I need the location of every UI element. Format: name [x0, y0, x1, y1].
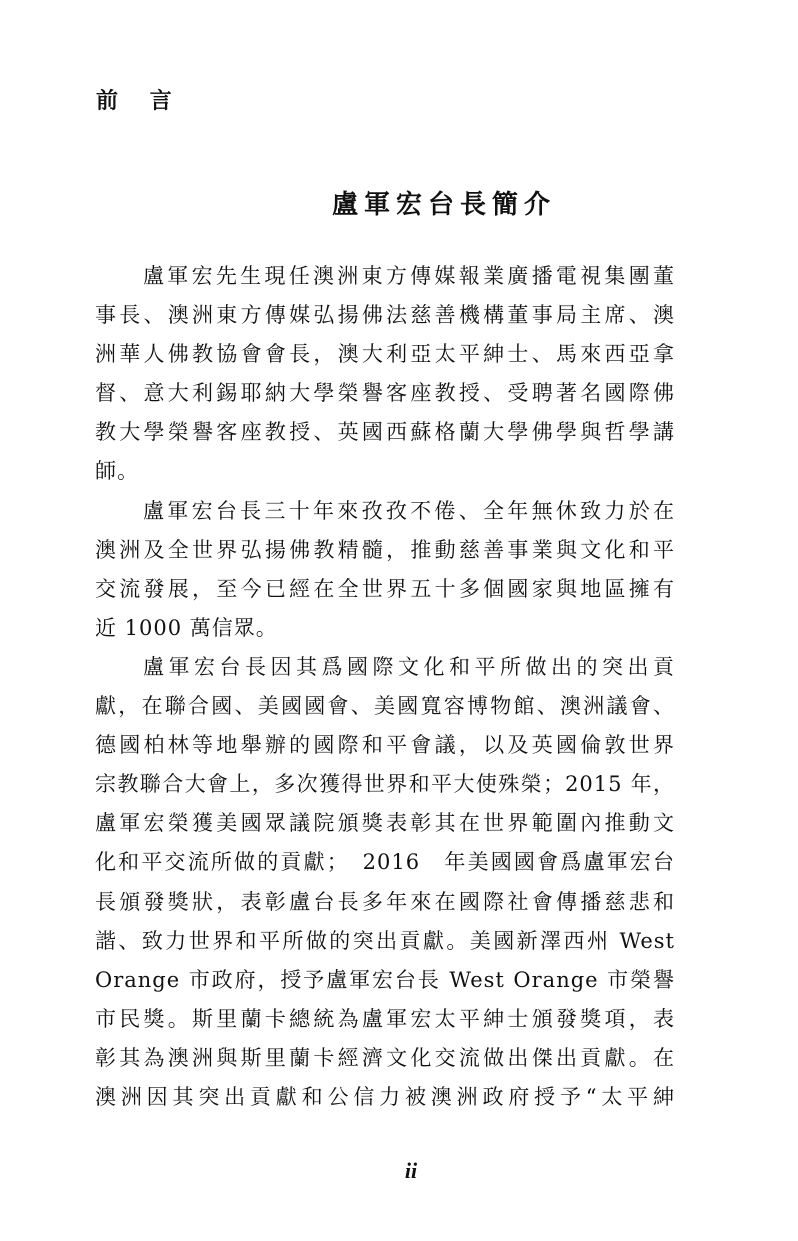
paragraph-2: 盧軍宏台長三十年來孜孜不倦、全年無休致力於在 澳洲及全世界弘揚佛教精髓，推動慈善…	[95, 492, 675, 648]
text-line: 彰其為澳洲與斯里蘭卡經濟文化交流做出傑出貢獻。在	[95, 1039, 675, 1078]
paragraph-3: 盧軍宏台長因其爲國際文化和平所做出的突出貢 獻，在聯合國、美國國會、美國寬容博物…	[95, 648, 675, 1117]
text-line: 化和平交流所做的貢獻； 2016 年美國國會爲盧軍宏台	[95, 843, 675, 882]
body-text: 盧軍宏先生現任澳洲東方傳媒報業廣播電視集團董 事長、澳洲東方傳媒弘揚佛法慈善機構…	[95, 257, 675, 1117]
text-line: Orange 市政府，授予盧軍宏台長 West Orange 市榮譽	[95, 961, 675, 1000]
text-line: 澳洲及全世界弘揚佛教精髓，推動慈善事業與文化和平	[95, 531, 675, 570]
text-line: 獻，在聯合國、美國國會、美國寬容博物館、澳洲議會、	[95, 687, 675, 726]
text-line: 盧軍宏榮獲美國眾議院頒獎表彰其在世界範圍內推動文	[95, 804, 675, 843]
section-label: 前 言	[96, 84, 184, 115]
text-line: 宗教聯合大會上，多次獲得世界和平大使殊榮；2015 年，	[95, 765, 675, 804]
text-line: 洲華人佛教協會會長，澳大利亞太平紳士、馬來西亞拿	[95, 335, 675, 374]
text-line: 諧、致力世界和平所做的突出貢獻。美國新澤西州 West	[95, 922, 675, 961]
text-line: 交流發展，至今已經在全世界五十多個國家與地區擁有	[95, 570, 675, 609]
paragraph-1: 盧軍宏先生現任澳洲東方傳媒報業廣播電視集團董 事長、澳洲東方傳媒弘揚佛法慈善機構…	[95, 257, 675, 492]
text-line: 盧軍宏先生現任澳洲東方傳媒報業廣播電視集團董	[95, 257, 675, 296]
text-line: 盧軍宏台長三十年來孜孜不倦、全年無休致力於在	[95, 492, 675, 531]
text-line: 近 1000 萬信眾。	[95, 609, 675, 648]
text-line: 市民獎。斯里蘭卡總統為盧軍宏太平紳士頒發獎項，表	[95, 1000, 675, 1039]
text-line: 督、意大利錫耶納大學榮譽客座教授、受聘著名國際佛	[95, 374, 675, 413]
text-line: 澳洲因其突出貢獻和公信力被澳洲政府授予“太平紳	[95, 1078, 675, 1117]
page-title: 盧軍宏台長簡介	[0, 184, 798, 221]
text-line: 盧軍宏台長因其爲國際文化和平所做出的突出貢	[95, 648, 675, 687]
text-line: 教大學榮譽客座教授、英國西蘇格蘭大學佛學與哲學講	[95, 413, 675, 452]
text-line: 師。	[95, 452, 675, 491]
text-line: 事長、澳洲東方傳媒弘揚佛法慈善機構董事局主席、澳	[95, 296, 675, 335]
text-line: 德國柏林等地舉辦的國際和平會議，以及英國倫敦世界	[95, 726, 675, 765]
page-number: ii	[0, 1158, 798, 1184]
text-line: 長頒發獎狀，表彰盧台長多年來在國際社會傳播慈悲和	[95, 883, 675, 922]
